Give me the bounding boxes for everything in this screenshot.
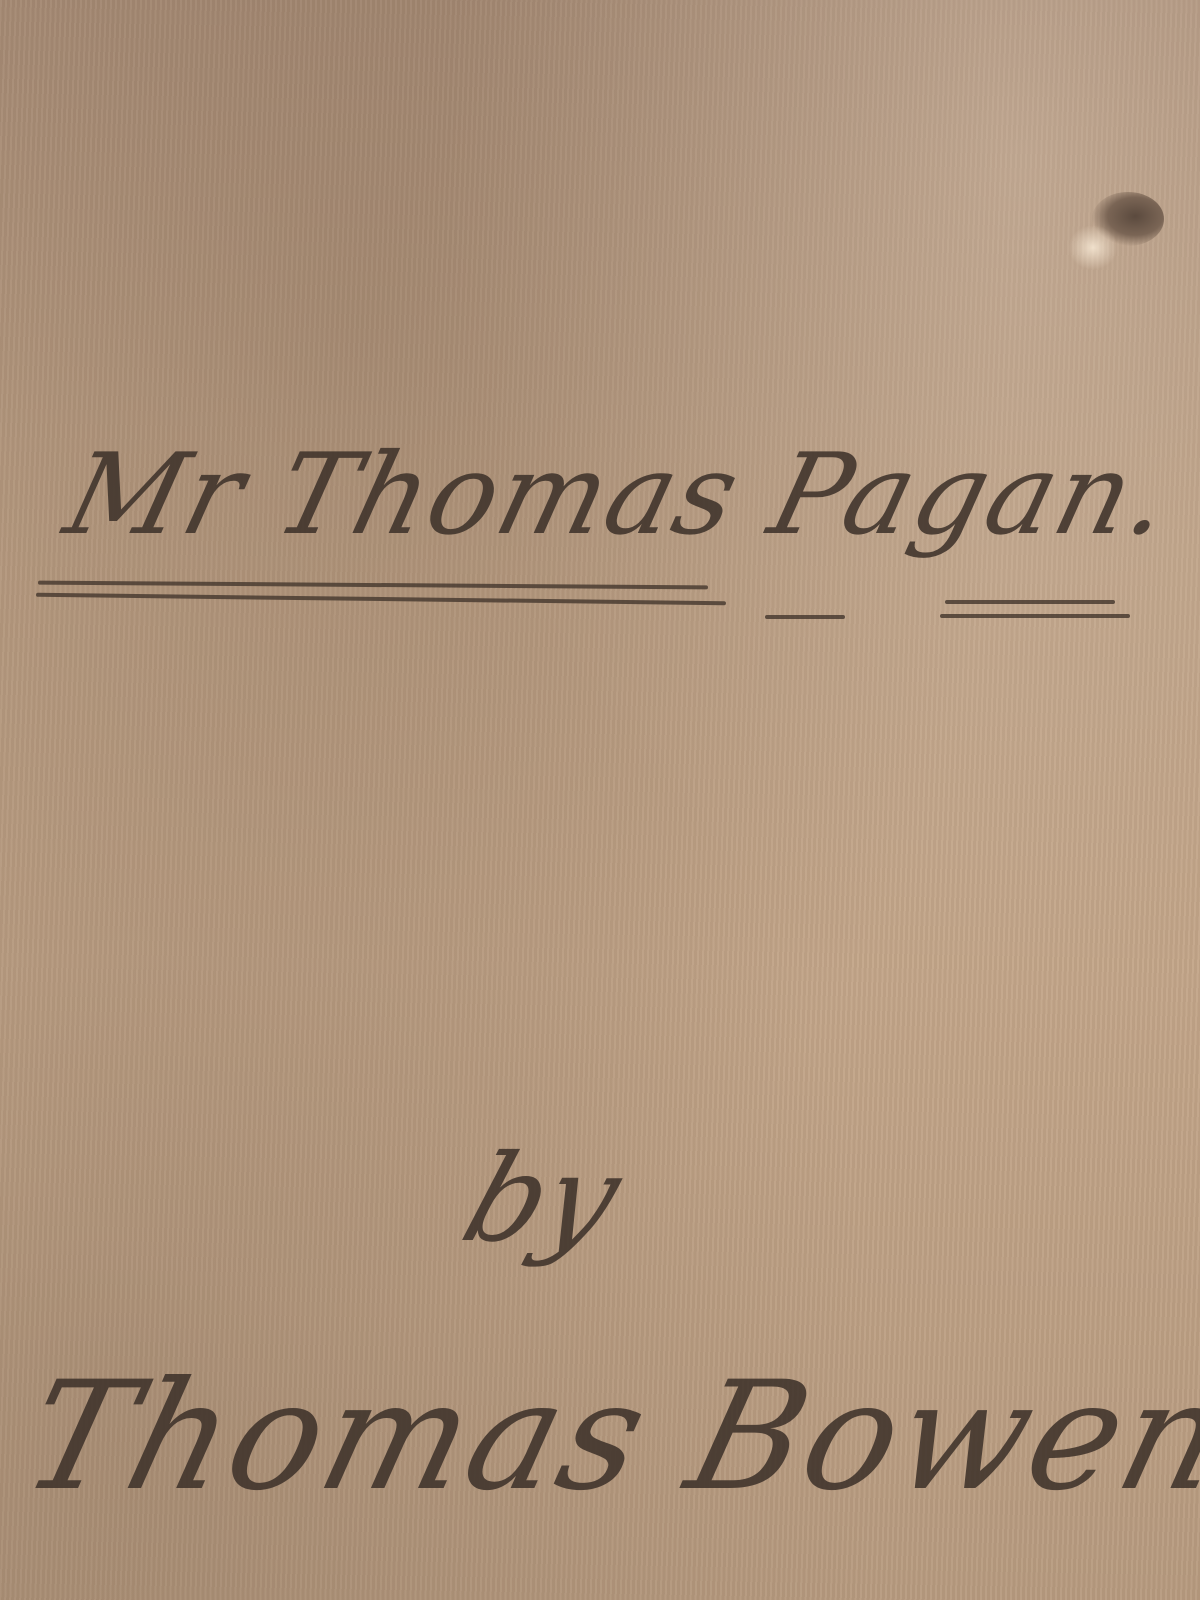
underline-rule-bottom-right bbox=[940, 614, 1130, 618]
addressee-line: Mr Thomas Pagan. bbox=[54, 430, 1186, 560]
underline-rule-mid bbox=[765, 615, 845, 619]
author-signature: Thomas Bowen bbox=[8, 1350, 1200, 1524]
paper-worn-spot bbox=[1068, 225, 1118, 270]
underline-rule-top-right bbox=[945, 600, 1115, 604]
